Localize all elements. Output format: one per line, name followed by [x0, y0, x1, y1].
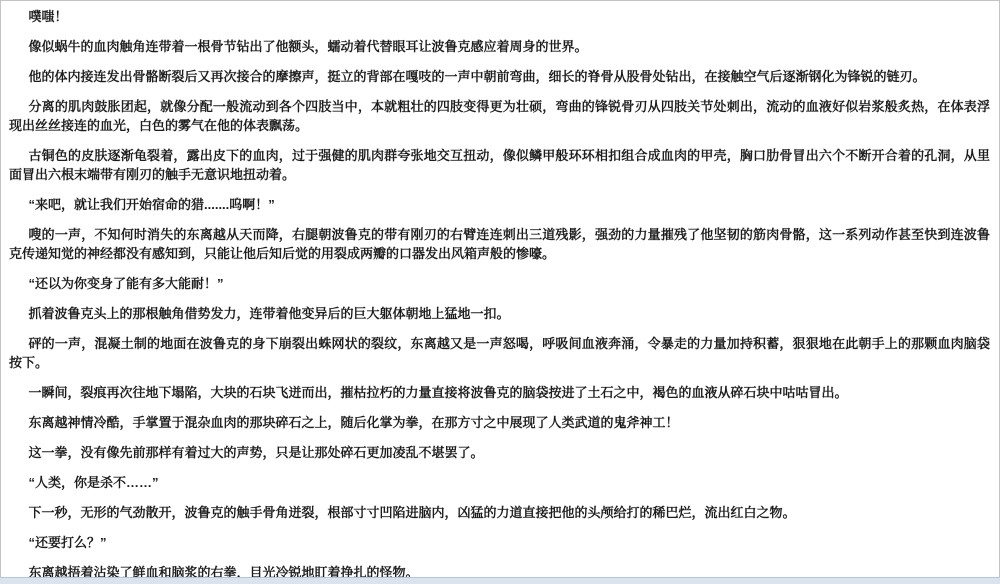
paragraph: 这一拳，没有像先前那样有着过大的声势，只是让那处碎石更加凌乱不堪罢了。 — [9, 443, 990, 462]
paragraph: 像似蜗牛的血肉触角连带着一根骨节钻出了他额头，蠕动着代替眼耳让波鲁克感应着周身的… — [9, 37, 990, 56]
novel-text-page: 噗嗤！ 像似蜗牛的血肉触角连带着一根骨节钻出了他额头，蠕动着代替眼耳让波鲁克感应… — [0, 0, 1000, 584]
paragraph: 嗖的一声，不知何时消失的东离越从天而降，右腿朝波鲁克的带有刚刃的右臂连连刺出三道… — [9, 225, 990, 263]
paragraph: 下一秒，无形的气劲散开，波鲁克的触手骨角迸裂，根部寸寸凹陷进脑内，凶猛的力道直接… — [9, 503, 990, 522]
paragraph: 古铜色的皮肤逐渐龟裂着，露出皮下的血肉，过于强健的肌肉群夸张地交互扭动，像似鳞甲… — [9, 146, 990, 184]
paragraph-dialogue: “来吧，就让我们开始宿命的猎.......呜啊！” — [9, 195, 990, 214]
paragraph: 一瞬间，裂痕再次往地下塌陷，大块的石块飞迸而出，摧枯拉朽的力量直接将波鲁克的脑袋… — [9, 383, 990, 402]
bottom-edge-strip — [0, 577, 1000, 584]
paragraph: 他的体内接连发出骨骼断裂后又再次接合的摩擦声，挺立的背部在嘎吱的一声中朝前弯曲，… — [9, 67, 990, 86]
paragraph: 分离的肌肉鼓胀团起，就像分配一般流动到各个四肢当中，本就粗壮的四肢变得更为壮硕，… — [9, 97, 990, 135]
paragraph-dialogue: “人类，你是杀不……” — [9, 473, 990, 492]
paragraph: 东离越神情冷酷，手掌置于混杂血肉的那块碎石之上，随后化掌为拳，在那方寸之中展现了… — [9, 413, 990, 432]
paragraph-dialogue: “还以为你变身了能有多大能耐！” — [9, 274, 990, 293]
paragraph: 砰的一声，混凝土制的地面在波鲁克的身下崩裂出蛛网状的裂纹，东离越又是一声怒喝，呼… — [9, 334, 990, 372]
paragraph: 噗嗤！ — [9, 7, 990, 26]
paragraph: 抓着波鲁克头上的那根触角借势发力，连带着他变异后的巨大躯体朝地上猛地一扣。 — [9, 304, 990, 323]
reader-viewport: 噗嗤！ 像似蜗牛的血肉触角连带着一根骨节钻出了他额头，蠕动着代替眼耳让波鲁克感应… — [0, 0, 1000, 584]
paragraph-dialogue: “还要打么？” — [9, 533, 990, 552]
